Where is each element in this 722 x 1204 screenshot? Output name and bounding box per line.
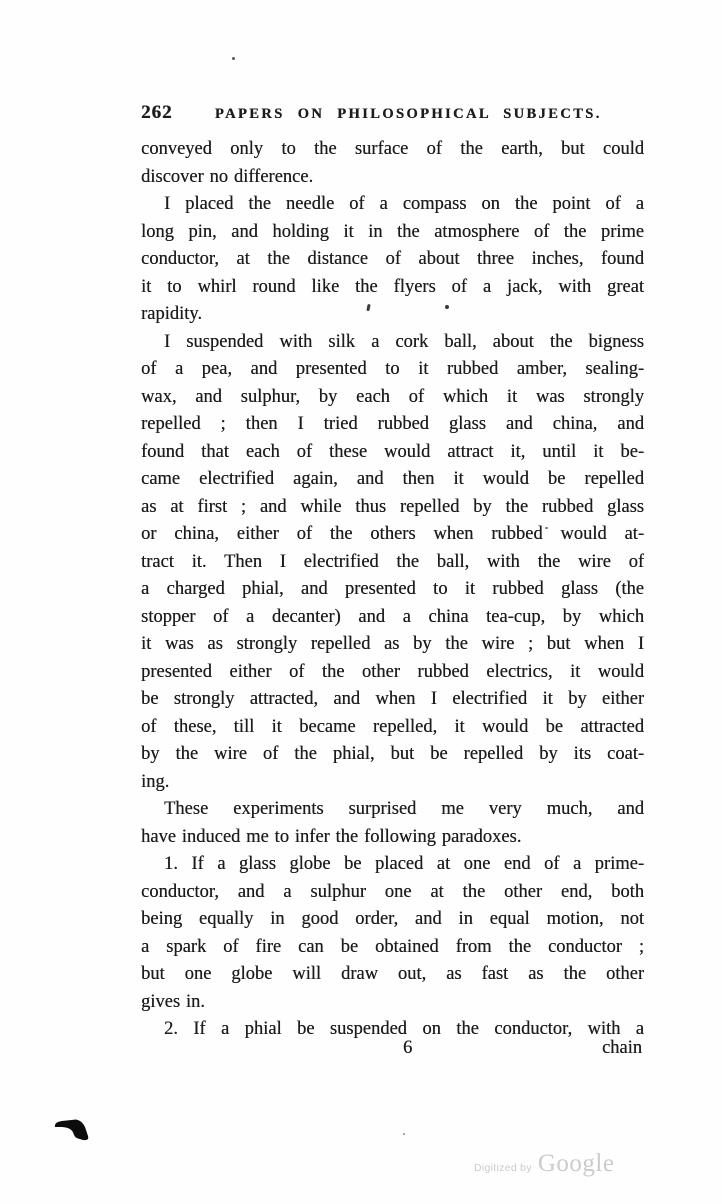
- text-line: conveyed only to the surface of the eart…: [141, 136, 644, 164]
- text-line: long pin, and holding it in the atmosphe…: [141, 219, 644, 247]
- text-line: being equally in good order, and in equa…: [141, 906, 644, 934]
- signature-mark: 6: [403, 1035, 412, 1063]
- text-line: a spark of fire can be obtained from the…: [141, 934, 644, 962]
- direction-line: 6 chain: [141, 1035, 644, 1063]
- text-line: came electrified again, and then it woul…: [141, 466, 644, 494]
- text-line: but one globe will draw out, as fast as …: [141, 961, 644, 989]
- text-line: as at first ; and while thus repelled by…: [141, 494, 644, 522]
- paragraph: These experiments surprised me very much…: [141, 796, 644, 851]
- paragraph: I suspended with silk a cork ball, about…: [141, 329, 644, 797]
- text-line: wax, and sulphur, by each of which it wa…: [141, 384, 644, 412]
- text-line: of these, till it became repelled, it wo…: [141, 714, 644, 742]
- page-title: PAPERS ON PHILOSOPHICAL SUBJECTS.: [173, 106, 645, 123]
- text-line: presented either of the other rubbed ele…: [141, 659, 644, 687]
- ink-blot-artifact: [51, 1116, 93, 1149]
- text-line: rapidity.: [141, 301, 644, 329]
- text-line: gives in.: [141, 989, 644, 1017]
- page-number: 262: [141, 102, 173, 124]
- text-line: conductor, and a sulphur one at the othe…: [141, 879, 644, 907]
- watermark-prefix: Digitized by: [474, 1162, 532, 1174]
- text-line: stopper of a decanter) and a china tea-c…: [141, 604, 644, 632]
- scan-speck: [403, 1133, 405, 1135]
- text-line: tract it. Then I electrified the ball, w…: [141, 549, 644, 577]
- text-line: it was as strongly repelled as by the wi…: [141, 631, 644, 659]
- text-line: discover no difference.: [141, 164, 644, 192]
- text-line: These experiments surprised me very much…: [141, 796, 644, 824]
- paragraph: 1. If a glass globe be placed at one end…: [141, 851, 644, 1016]
- text-line: be strongly attracted, and when I electr…: [141, 686, 644, 714]
- paragraph: conveyed only to the surface of the eart…: [141, 136, 644, 191]
- text-line: it to whirl round like the flyers of a j…: [141, 274, 644, 302]
- body-text: conveyed only to the surface of the eart…: [141, 136, 644, 1044]
- text-line: of a pea, and presented to it rubbed amb…: [141, 356, 644, 384]
- text-line: conductor, at the distance of about thre…: [141, 246, 644, 274]
- google-logo: Google: [538, 1150, 615, 1178]
- scan-speck: [232, 57, 235, 60]
- scan-speck: [445, 305, 449, 309]
- text-line: a charged phial, and presented to it rub…: [141, 576, 644, 604]
- scanned-book-page: 262 PAPERS ON PHILOSOPHICAL SUBJECTS. co…: [0, 0, 722, 1204]
- text-line: I suspended with silk a cork ball, about…: [141, 329, 644, 357]
- digitized-by-google-watermark: Digitized by Google: [474, 1150, 614, 1178]
- text-line: by the wire of the phial, but be repelle…: [141, 741, 644, 769]
- scan-speck: [545, 527, 548, 529]
- catchword: chain: [602, 1035, 642, 1063]
- text-line: found that each of these would attract i…: [141, 439, 644, 467]
- text-line: ing.: [141, 769, 644, 797]
- text-line: repelled ; then I tried rubbed glass and…: [141, 411, 644, 439]
- running-head: 262 PAPERS ON PHILOSOPHICAL SUBJECTS.: [141, 102, 644, 124]
- text-line: have induced me to infer the following p…: [141, 824, 644, 852]
- text-line: or china, either of the others when rubb…: [141, 521, 644, 549]
- paragraph: I placed the needle of a compass on the …: [141, 191, 644, 329]
- text-line: I placed the needle of a compass on the …: [141, 191, 644, 219]
- text-line: 1. If a glass globe be placed at one end…: [141, 851, 644, 879]
